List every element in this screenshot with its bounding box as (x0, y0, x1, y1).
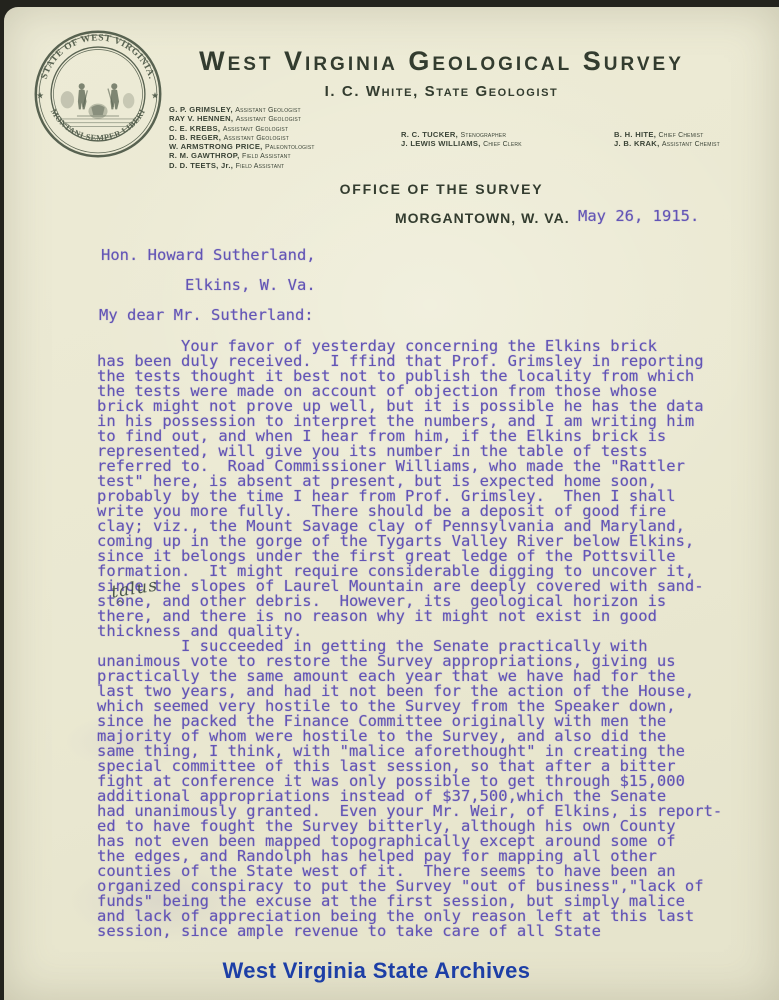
staff-member: B. H. HITE, Chief Chemist (614, 128, 720, 137)
letter-line: session, since ample revenue to take car… (97, 924, 722, 939)
staff-list-right: B. H. HITE, Chief ChemistJ. B. KRAK, Ass… (614, 128, 720, 147)
staff-member: D. D. TEETS, Jr., Field Assistant (169, 159, 315, 168)
recipient-address: Elkins, W. Va. (185, 276, 316, 294)
staff-member: RAY V. HENNEN, Assistant Geologist (169, 112, 315, 121)
place-line: MORGANTOWN, W. VA. (395, 210, 570, 226)
staff-member: G. P. GRIMSLEY, Assistant Geologist (169, 103, 315, 112)
typed-date: May 26, 1915. (578, 207, 699, 225)
staff-member-name: J. B. KRAK, (614, 139, 662, 148)
staff-list-middle: R. C. TUCKER, StenographerJ. LEWIS WILLI… (401, 128, 522, 147)
staff-member: J. B. KRAK, Assistant Chemist (614, 137, 720, 146)
staff-member-title: Field Assistant (236, 163, 285, 170)
staff-member-name: D. D. TEETS, Jr., (169, 161, 236, 170)
staff-member: W. ARMSTRONG PRICE, Paleontologist (169, 140, 315, 149)
handwritten-caret: ^ (115, 598, 125, 612)
letter-page: STATE OF WEST VIRGINIA. MONTANI SEMPER L… (4, 7, 779, 1000)
letterhead-subtitle: I. C. White, State Geologist (134, 83, 749, 100)
letterhead-title: West Virginia Geological Survey (134, 46, 749, 77)
staff-member-name: J. LEWIS WILLIAMS, (401, 139, 483, 148)
staff-member: D. B. REGER, Assistant Geologist (169, 131, 315, 140)
staff-list-left: G. P. GRIMSLEY, Assistant GeologistRAY V… (169, 103, 315, 168)
recipient-name: Hon. Howard Sutherland, (101, 246, 316, 264)
staff-member-title: Assistant Chemist (662, 141, 720, 148)
staff-member: R. C. TUCKER, Stenographer (401, 128, 522, 137)
staff-member: J. LEWIS WILLIAMS, Chief Clerk (401, 137, 522, 146)
staff-member-title: Chief Clerk (483, 141, 522, 148)
letter-body: Your favor of yesterday concerning the E… (97, 339, 722, 939)
seal-star-left: ★ (37, 91, 45, 100)
salutation: My dear Mr. Sutherland: (99, 306, 314, 324)
seal-illustration (60, 83, 137, 126)
office-line: OFFICE OF THE SURVEY (134, 181, 749, 197)
archive-stamp: West Virginia State Archives (4, 958, 749, 984)
